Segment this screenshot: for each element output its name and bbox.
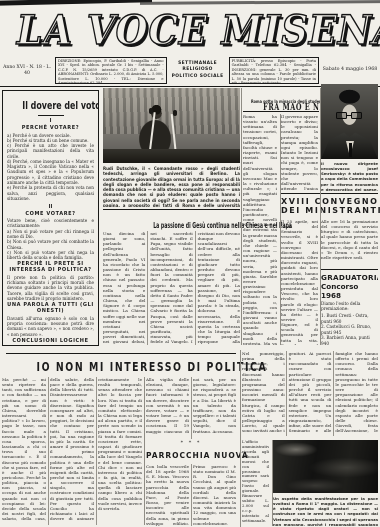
mao-headline: FRA MAO E NERONE bbox=[243, 95, 319, 112]
graduatoria-item: 3. Barbieri Anna, punti 940 bbox=[321, 335, 378, 346]
section-items: — Votare tutti! — Votare tutti cosciente… bbox=[7, 345, 94, 346]
column-rule bbox=[144, 377, 145, 525]
glasses-right-lens bbox=[351, 112, 362, 119]
issue-date: Sabato 4 maggio 1968 bbox=[322, 57, 378, 84]
section-title: PERCHÈ IL PRETE SI INTERESSA DI POLITICA… bbox=[7, 261, 94, 273]
parrocchia-body: Con bolla vescovile del 18 aprile 1968 S… bbox=[146, 464, 236, 526]
io-non-columns-a: Ma perché — mi sento ripetere da tanti, … bbox=[2, 377, 142, 525]
section-items: a) Non si può votare per chi rinnega il … bbox=[7, 229, 94, 261]
masthead-title: LA VOCE MISENA bbox=[17, 7, 380, 54]
portrait-caption: Il nuovo dirigente cecoslovacco Josef Sm… bbox=[321, 161, 378, 191]
crowd-photo-caption: Rudi Dutschke, il « Comandante rosso » d… bbox=[103, 166, 240, 207]
graduatoria-subtitle: Concorso 1968 bbox=[321, 282, 378, 300]
continuation-columns: Nel pomeriggio, prima della conclusione,… bbox=[242, 351, 378, 436]
column-rule bbox=[240, 350, 241, 527]
weekly-line2: POLITICO SOCIALE bbox=[172, 74, 224, 81]
issue-info: Anno XVI - N. 18 - L. 40 bbox=[2, 57, 52, 84]
masthead: LA VOCE MISENA bbox=[0, 7, 380, 55]
convegno-headline: XVIII CONVEGNO DEI MINISTRANTI bbox=[281, 193, 378, 220]
section-intro: Votare bene, cioè coscientemente e crist… bbox=[7, 218, 94, 229]
graduatoria-intro: Diamo l'esito della premiazione: bbox=[321, 301, 378, 312]
graduatoria-item: 2. Castellucci G. Bruno, punti 945 bbox=[321, 324, 378, 335]
parrocchia-headline: PARROCCHIA NUOVA bbox=[146, 451, 236, 462]
dovere-headline: Il dovere del voto bbox=[7, 94, 94, 113]
article-dovere-del-voto: Il dovere del voto I PERCHÈ VOTARE? a) P… bbox=[2, 90, 99, 346]
io-non-headline: IO NON MI INTERESSO DI POLITICA bbox=[4, 356, 236, 373]
rally-photo-caption: Un aspetto della manifestazione per la p… bbox=[273, 496, 378, 526]
graduatoria-title: GRADUATORIA bbox=[321, 273, 378, 282]
passione-body: Una diecina di giorni or sono, parlando … bbox=[103, 231, 240, 345]
convegno-column-1: Il 25 aprile, nei locali del Seminario v… bbox=[281, 219, 318, 345]
section-body: Davanti all'urna ognuno è solo con la pr… bbox=[7, 316, 94, 337]
section-body: Il prete non fa politica di partito: ric… bbox=[7, 275, 94, 301]
mao-kicker: Roma sotto la minaccia degli studenti bbox=[243, 88, 319, 95]
column-rule bbox=[320, 88, 321, 345]
title-rule bbox=[38, 115, 64, 116]
notice-column: L'ufficio amministrativo ricorda agli ab… bbox=[242, 440, 269, 526]
section-items: a) Perché è un dovere sociale. b) Perché… bbox=[7, 133, 94, 202]
scan-artifact-left bbox=[0, 0, 152, 6]
section-title: COME VOTARE? bbox=[7, 211, 94, 217]
section-title: UNA PAROLA A TUTTI (GLI ONESTI) bbox=[7, 302, 94, 314]
section-number: I bbox=[7, 118, 94, 124]
microphone-head bbox=[173, 110, 177, 116]
section-title: CONCLUSIONI LOGICHE bbox=[7, 338, 94, 344]
portrait-photo bbox=[321, 84, 378, 159]
io-headline-rule bbox=[6, 353, 236, 354]
tie bbox=[349, 143, 352, 157]
section-title: PERCHÈ VOTARE? bbox=[7, 125, 94, 131]
newspaper-front-page: LA VOCE MISENA Anno XVI - N. 18 - L. 40 … bbox=[0, 0, 380, 527]
header-row: Anno XVI - N. 18 - L. 40 DIREZIONE: Epis… bbox=[2, 57, 378, 84]
convegno-column-2: Alle ore 16 la premiazione del concorso … bbox=[321, 219, 378, 268]
graduatoria-block: GRADUATORIA Concorso 1968 Diamo l'esito … bbox=[321, 269, 378, 346]
glasses-bridge bbox=[346, 115, 352, 116]
scan-artifact-right bbox=[140, 0, 380, 4]
direzione-box: DIREZIONE: Episcopio, P. Garibaldi - Sen… bbox=[55, 57, 167, 84]
podium bbox=[103, 149, 240, 163]
stars-separator: * * * bbox=[146, 440, 236, 448]
column-rule bbox=[241, 88, 242, 345]
crowd-photo bbox=[103, 88, 240, 163]
section-number: II bbox=[7, 204, 94, 210]
microphone-head bbox=[149, 108, 153, 114]
mao-column-2: Il governo appare incerto e diviso; le o… bbox=[281, 114, 318, 190]
rally-photo bbox=[273, 440, 378, 493]
passione-headline: La passione di Gesù continua nella Chies… bbox=[103, 209, 240, 233]
weekly-type: SETTIMANALE RELIGIOSO POLITICO SOCIALE bbox=[170, 57, 226, 84]
mao-column-1: Roma ha vissuto un'altra settimana di te… bbox=[243, 114, 277, 345]
pubblicita-box: PUBBLICITÀ: presso Episcopio - Porta Gar… bbox=[229, 57, 319, 84]
weekly-line1: SETTIMANALE RELIGIOSO bbox=[170, 61, 226, 74]
io-non-columns-b: Alla vigilia delle elezioni, dunque, nes… bbox=[146, 377, 236, 439]
graduatoria-item: 1. Busti Cresti - Ostra, punti 960 bbox=[321, 313, 378, 324]
column-rule bbox=[280, 114, 281, 345]
